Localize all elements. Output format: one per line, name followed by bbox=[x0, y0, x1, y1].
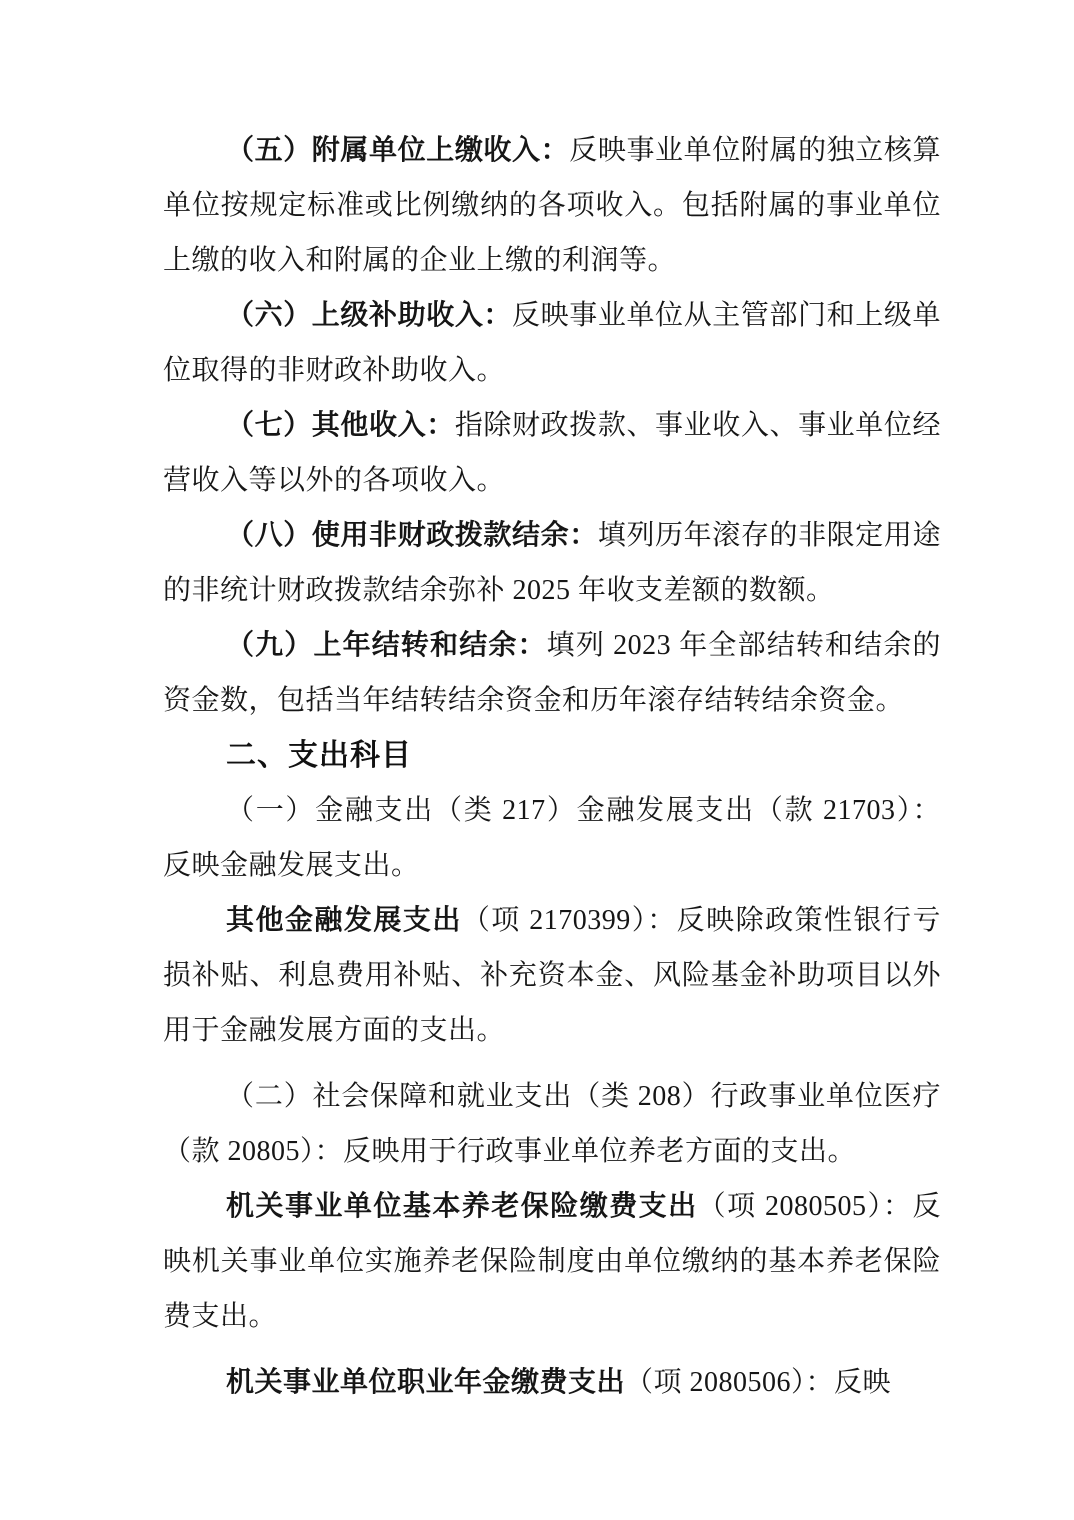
paragraph-lead: （六）上级补助收入： bbox=[226, 300, 512, 331]
paragraph-lead: （七）其他收入： bbox=[226, 410, 455, 441]
paragraph-lead: （八）使用非财政拨款结余： bbox=[226, 520, 598, 551]
paragraph-affiliated-unit-income: （五）附属单位上缴收入：反映事业单位附属的独立核算单位按规定标准或比例缴纳的各项… bbox=[163, 123, 941, 288]
paragraph-body: （二）社会保障和就业支出（类 208）行政事业单位医疗（款 20805）：反映用… bbox=[163, 1081, 941, 1167]
paragraph-lead: （五）附属单位上缴收入： bbox=[226, 135, 569, 166]
paragraph-lead: （九）上年结转和结余： bbox=[226, 630, 547, 661]
paragraph-lead: 其他金融发展支出 bbox=[226, 905, 462, 936]
paragraph-superior-subsidy-income: （六）上级补助收入：反映事业单位从主管部门和上级单位取得的非财政补助收入。 bbox=[163, 288, 941, 398]
paragraph-finance-expenditure: （一）金融支出（类 217）金融发展支出（款 21703）：反映金融发展支出。 bbox=[163, 783, 941, 893]
paragraph-other-income: （七）其他收入：指除财政拨款、事业收入、事业单位经营收入等以外的各项收入。 bbox=[163, 398, 941, 508]
paragraph-body: （一）金融支出（类 217）金融发展支出（款 21703）：反映金融发展支出。 bbox=[163, 795, 941, 881]
paragraph-prior-year-carryover: （九）上年结转和结余：填列 2023 年全部结转和结余的资金数，包括当年结转结余… bbox=[163, 618, 941, 728]
paragraph-other-finance-development: 其他金融发展支出（项 2170399）：反映除政策性银行亏损补贴、利息费用补贴、… bbox=[163, 893, 941, 1058]
document-page: （五）附属单位上缴收入：反映事业单位附属的独立核算单位按规定标准或比例缴纳的各项… bbox=[0, 0, 1074, 1520]
document-content: （五）附属单位上缴收入：反映事业单位附属的独立核算单位按规定标准或比例缴纳的各项… bbox=[163, 123, 941, 1410]
paragraph-body: （项 2080506）：反映 bbox=[625, 1367, 891, 1398]
paragraph-lead: 机关事业单位基本养老保险缴费支出 bbox=[226, 1191, 698, 1222]
section-heading-expenditure-subjects: 二、支出科目 bbox=[163, 728, 941, 783]
paragraph-occupational-annuity-contribution: 机关事业单位职业年金缴费支出（项 2080506）：反映 bbox=[163, 1355, 941, 1410]
paragraph-basic-pension-contribution: 机关事业单位基本养老保险缴费支出（项 2080505）：反映机关事业单位实施养老… bbox=[163, 1179, 941, 1344]
paragraph-lead: 机关事业单位职业年金缴费支出 bbox=[226, 1367, 625, 1398]
paragraph-social-security-employment: （二）社会保障和就业支出（类 208）行政事业单位医疗（款 20805）：反映用… bbox=[163, 1069, 941, 1179]
paragraph-non-fiscal-balance: （八）使用非财政拨款结余：填列历年滚存的非限定用途的非统计财政拨款结余弥补 20… bbox=[163, 508, 941, 618]
